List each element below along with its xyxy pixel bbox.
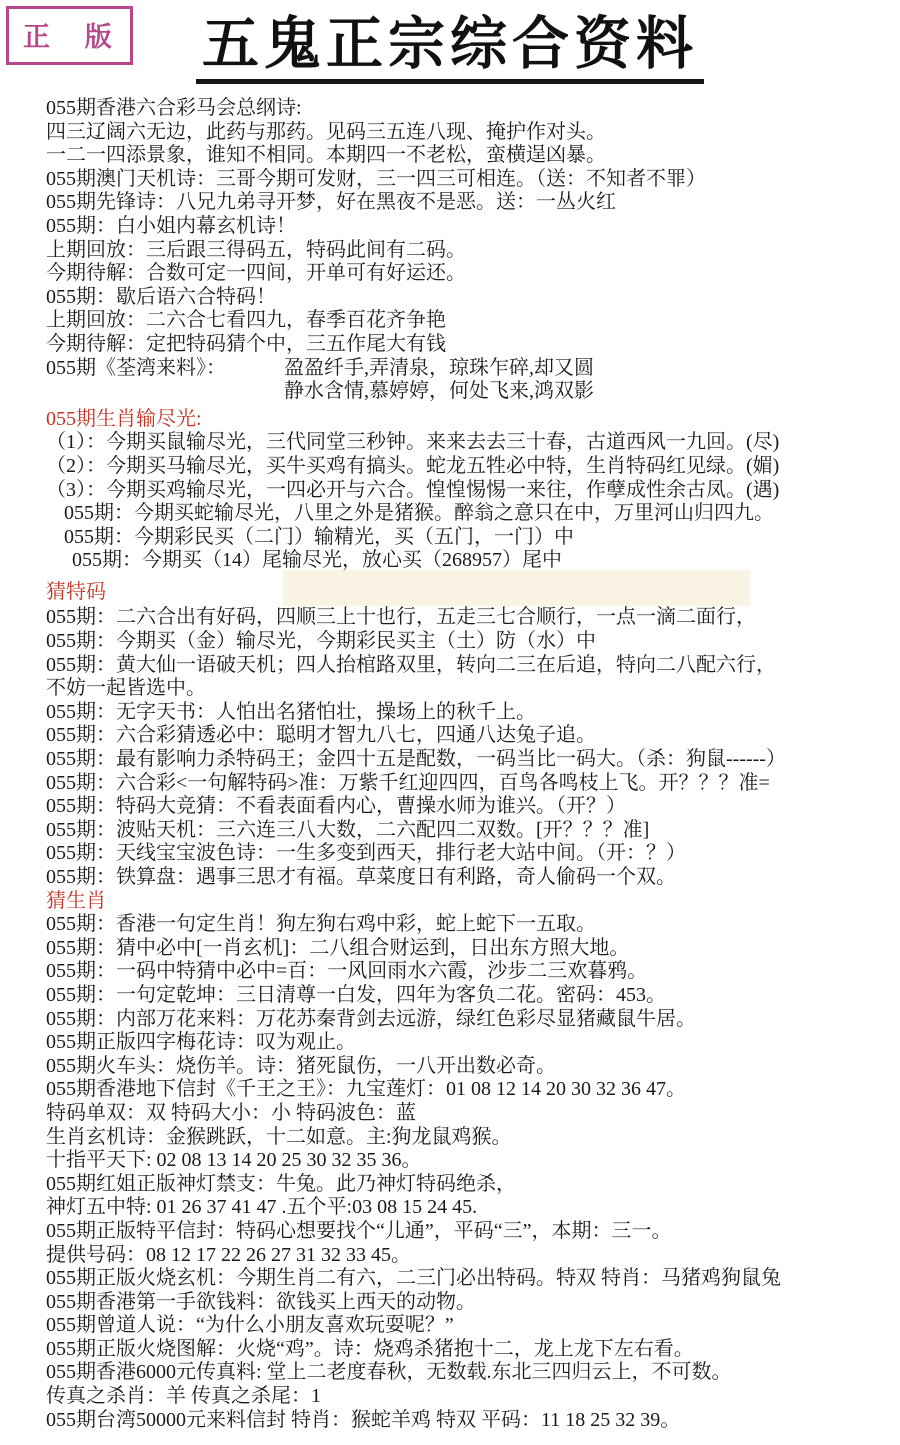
title-wrap: 五鬼正宗综合资料: [0, 0, 900, 94]
text-line: 055期香港6000元传真料: 堂上二老度春秋，无数载.东北三四归云上，不可数。: [46, 1361, 896, 1385]
text-line: 055期：无字天书：人怕出名猪怕壮，操场上的秋千上。: [46, 701, 896, 725]
text-line: 055期：歇后语六合特码！: [46, 286, 896, 310]
document-page: 正 版 五鬼正宗综合资料 055期香港六合彩马会总纲诗:四三辽阔六无边，此药与那…: [0, 0, 900, 94]
page-title: 五鬼正宗综合资料: [196, 14, 704, 84]
text-line: 055期曾道人说：“为什么小朋友喜欢玩耍呢？”: [46, 1314, 896, 1338]
text-line: 055期正版火烧图解：火烧“鸡”。诗：烧鸡杀猪抱十二，龙上龙下左右看。: [46, 1338, 896, 1362]
text-line: 055期：今期买（金）输尽光，今期彩民买主（土）防（水）中: [46, 630, 896, 654]
text-line: （2）：今期买马输尽光，买牛买鸡有搞头。蛇龙五牲必中特，生肖特码红见绿。(媚): [46, 455, 896, 479]
text-line: 055期：今期买蛇输尽光，八里之外是猪猴。醉翁之意只在中，万里河山归四九。: [46, 502, 896, 526]
text-line: 十指平天下: 02 08 13 14 20 25 30 32 35 36。: [46, 1149, 896, 1173]
text-line: 提供号码：08 12 17 22 26 27 31 32 33 45。: [46, 1244, 896, 1268]
authenticity-stamp: 正 版: [6, 6, 133, 65]
text-line: 传真之杀肖：羊 传真之杀尾：1: [46, 1385, 896, 1409]
text-line: 生肖玄机诗：金猴跳跃，十二如意。主:狗龙鼠鸡猴。: [46, 1126, 896, 1150]
text-line: 055期澳门天机诗：三哥今期可发财，三一四三可相连。（送：不知者不罪）: [46, 168, 896, 192]
text-line: 055期：波贴天机：三六连三八大数，二六配四二双数。[开？？？准]: [46, 819, 896, 843]
text-line: 055期：一码中特猜中必中=百：一风回雨水六霞，沙步二三欢暮鸦。: [46, 960, 896, 984]
text-line: 055期香港六合彩马会总纲诗:: [46, 97, 896, 121]
text-line-pair: 055期《荃湾来料》：盈盈纤手,弄清泉，琼珠乍碎,却又圆静水含情,慕婷婷，何处飞…: [46, 357, 896, 404]
text-line: 055期：猜中必中[一肖玄机]：二八组合财运到，日出东方照大地。: [46, 937, 896, 961]
line-label: 055期《荃湾来料》：: [46, 357, 226, 381]
text-line: 055期正版四字梅花诗：叹为观止。: [46, 1031, 896, 1055]
text-line: 055期香港第一手欲钱料：欲钱买上西天的动物。: [46, 1291, 896, 1315]
text-line: 一二一四添景象，谁知不相同。本期四一不老松，蛮横逞凶暴。: [46, 144, 896, 168]
text-line: 神灯五中特: 01 26 37 41 47 .五个平:03 08 15 24 4…: [46, 1196, 896, 1220]
text-line: 055期：二六合出有好码，四顺三上十也行，五走三七合顺行，一点一滴二面行，: [46, 606, 896, 630]
section-header: 猜生肖: [46, 890, 896, 914]
text-line: 055期：今期买（14）尾输尽光，放心买（268957）尾中: [46, 549, 896, 573]
poem-line: 盈盈纤手,弄清泉，琼珠乍碎,却又圆: [284, 357, 594, 381]
text-line: 055期：一句定乾坤：三日清尊一白发，四年为客负二花。密码：453。: [46, 984, 896, 1008]
text-line: 不妨一起皆选中。: [46, 677, 896, 701]
section-header: 055期生肖输尽光:: [46, 408, 896, 432]
text-line: 055期：今期彩民买（二门）输精光，买（五门，一门）中: [46, 526, 896, 550]
poem-column: 盈盈纤手,弄清泉，琼珠乍碎,却又圆静水含情,慕婷婷，何处飞来,鸿双影: [284, 357, 594, 404]
text-line: 055期红姐正版神灯禁支：牛兔。此乃神灯特码绝杀，: [46, 1173, 896, 1197]
text-line: 四三辽阔六无边，此药与那药。见码三五连八现、掩护作对头。: [46, 121, 896, 145]
text-line: 055期：六合彩猜透必中：聪明才智九八七，四通八达兔子追。: [46, 724, 896, 748]
text-line: 055期：黄大仙一语破天机；四人抬棺路双里，转向二三在后追，特向二八配六行，: [46, 654, 896, 678]
text-line: 055期香港地下信封《千王之王》：九宝莲灯：01 08 12 14 20 30 …: [46, 1078, 896, 1102]
content-lines: 055期香港六合彩马会总纲诗:四三辽阔六无边，此药与那药。见码三五连八现、掩护作…: [46, 97, 896, 1432]
text-line: 055期：特码大竞猜：不看表面看内心，曹操水师为谁兴。（开？）: [46, 795, 896, 819]
poem-line: 静水含情,慕婷婷，何处飞来,鸿双影: [284, 380, 594, 404]
text-line: 055期台湾50000元来料信封 特肖：猴蛇羊鸡 特双 平码：11 18 25 …: [46, 1409, 896, 1433]
text-line: 上期回放：三后跟三得码五，特码此间有二码。: [46, 239, 896, 263]
text-line: 055期：六合彩<一句解特码>准：万紫千红迎四四，百鸟各鸣枝上飞。开？？？准=: [46, 772, 896, 796]
text-line: 055期：天线宝宝波色诗：一生多变到西天，排行老大站中间。（开：？）: [46, 842, 896, 866]
text-line: 055期：内部万花来料：万花苏秦背剑去远游，绿红色彩尽显猪藏鼠牛居。: [46, 1008, 896, 1032]
text-line: 055期正版火烧玄机：今期生肖二有六，二三门必出特码。特双 特肖：马猪鸡狗鼠兔: [46, 1267, 896, 1291]
text-line: 上期回放：二六合七看四九，春季百花齐争艳: [46, 309, 896, 333]
text-line: 055期：香港一句定生肖！狗左狗右鸡中彩，蛇上蛇下一五取。: [46, 913, 896, 937]
text-line: 055期先锋诗：八兄九弟寻开梦，好在黑夜不是恶。送：一丛火红: [46, 191, 896, 215]
text-line: 055期：白小姐内幕玄机诗！: [46, 215, 896, 239]
text-line: 今期待解：定把特码猜个中，三五作尾大有钱: [46, 333, 896, 357]
text-line: 055期：铁算盘：遇事三思才有福。草菜度日有利路，奇人偷码一个双。: [46, 866, 896, 890]
text-line: （1）：今期买鼠输尽光，三代同堂三秒钟。来来去去三十春，古道西风一九回。(尽): [46, 431, 896, 455]
text-line: 055期正版特平信封：特码心想要找个“儿通”，平码“三”，本期：三一。: [46, 1220, 896, 1244]
stamp-label: 正 版: [23, 22, 126, 52]
text-line: 今期待解：合数可定一四间，开单可有好运还。: [46, 262, 896, 286]
text-line: 特码单双：双 特码大小：小 特码波色：蓝: [46, 1102, 896, 1126]
text-line: 055期火车头：烧伤羊。诗：猪死鼠伤，一八开出数必奇。: [46, 1055, 896, 1079]
text-line: 055期：最有影响力杀特码王；金四十五是配数，一码当比一码大。（杀：狗鼠----…: [46, 748, 896, 772]
section-header: 猜特码: [46, 581, 896, 605]
text-line: （3）：今期买鸡输尽光，一四必开与六合。惶惶惕惕一来往，作孽成性余古凤。(遇): [46, 479, 896, 503]
